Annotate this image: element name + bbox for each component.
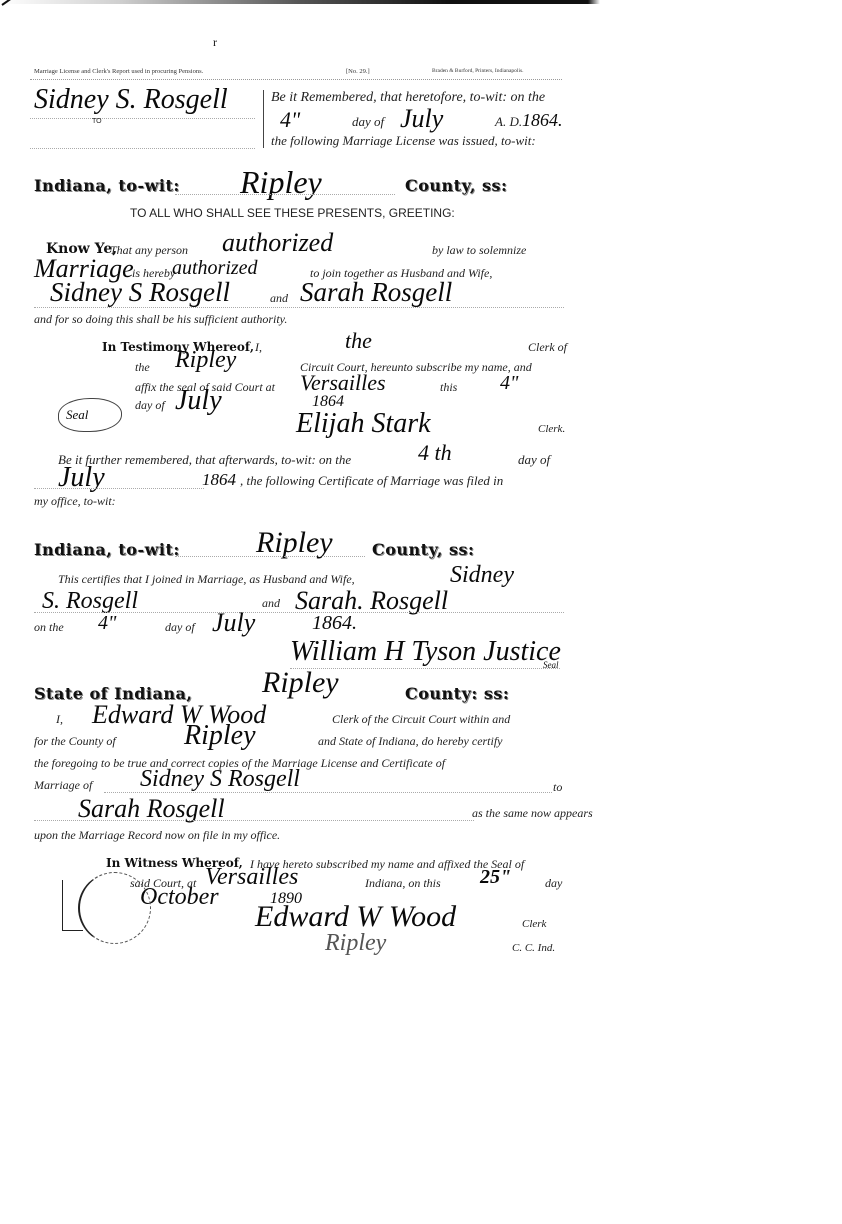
certificate-county-line bbox=[175, 556, 365, 557]
form-number: [No. 29.] bbox=[346, 68, 370, 75]
greeting-text: TO ALL WHO SHALL SEE THESE PRESENTS, GRE… bbox=[130, 206, 455, 220]
clerk-i-label: I, bbox=[56, 712, 63, 727]
clerk-groom: Sidney S Rosgell bbox=[140, 766, 300, 793]
certificate-text-1: This certifies that I joined in Marriage… bbox=[58, 572, 355, 587]
testimony-day: 4" bbox=[500, 372, 518, 395]
certificate-county-label: County, ss: bbox=[372, 540, 474, 559]
caption-groom: Sidney S. Rosgell bbox=[34, 84, 228, 116]
license-and-label: and bbox=[270, 291, 288, 306]
license-county-label: County, ss: bbox=[405, 176, 507, 195]
certificate-groom-rest: S. Rosgell bbox=[42, 588, 138, 615]
witness-cc-label: C. C. Ind. bbox=[512, 942, 555, 954]
witness-clerk-label: Clerk bbox=[522, 918, 546, 930]
court-seal-icon bbox=[78, 872, 151, 944]
testimony-clerk-name: the bbox=[345, 328, 372, 354]
license-groom: Sidney S Rosgell bbox=[50, 277, 230, 308]
license-text-5: and for so doing this shall be his suffi… bbox=[34, 312, 287, 327]
caption-day: 4" bbox=[280, 107, 300, 133]
caption-line-2 bbox=[30, 148, 255, 149]
license-state-heading: Indiana, to-wit: bbox=[34, 176, 180, 195]
caption-to-label: TO bbox=[92, 118, 102, 125]
clerk-groom-line bbox=[104, 792, 552, 793]
testimony-month: July bbox=[175, 385, 222, 417]
clerk-county: Ripley bbox=[262, 666, 339, 700]
top-mark: r bbox=[213, 35, 217, 50]
clerk-county-label: County: ss: bbox=[405, 684, 509, 703]
license-text-2: by law to solemnize bbox=[432, 243, 526, 258]
testimony-county: Ripley bbox=[175, 347, 236, 374]
witness-signature: Edward W Wood bbox=[255, 900, 456, 934]
caption-day-of-label: day of bbox=[352, 114, 384, 130]
filing-year: 1864 bbox=[202, 470, 236, 490]
witness-county-signature: Ripley bbox=[325, 930, 386, 957]
certificate-day: 4" bbox=[98, 612, 116, 635]
clerk-text-5: Marriage of bbox=[34, 778, 92, 793]
clerk-bride-line bbox=[34, 820, 474, 821]
witness-month: October bbox=[140, 884, 219, 911]
certificate-on-the-label: on the bbox=[34, 620, 64, 635]
filing-month: July bbox=[58, 462, 105, 494]
testimony-i-label: I, bbox=[255, 340, 262, 355]
clerk-to-label: to bbox=[553, 780, 562, 795]
filing-text-3: my office, to-wit: bbox=[34, 494, 116, 509]
certificate-year: 1864. bbox=[312, 612, 357, 635]
certificate-officiant: William H Tyson Justice bbox=[290, 636, 561, 668]
clerk-text-6: as the same now appears bbox=[472, 806, 593, 821]
certificate-seal-text: Seal bbox=[543, 660, 559, 670]
license-county: Ripley bbox=[240, 164, 322, 201]
license-person: authorized bbox=[222, 228, 333, 258]
clerk-text-7: upon the Marriage Record now on file in … bbox=[34, 828, 280, 843]
caption-year: 1864. bbox=[522, 110, 563, 131]
certificate-groom-first: Sidney bbox=[450, 562, 514, 589]
certificate-day-of-label: day of bbox=[165, 620, 195, 635]
license-county-line bbox=[175, 194, 395, 195]
filing-day-of-label: day of bbox=[518, 452, 550, 468]
header-rule bbox=[30, 79, 562, 80]
witness-day: 25" bbox=[480, 866, 511, 889]
filing-month-line bbox=[34, 488, 204, 489]
caption-ad-label: A. D. bbox=[495, 114, 522, 130]
testimony-clerk-of-label: Clerk of bbox=[528, 340, 567, 355]
certificate-and-label: and bbox=[262, 596, 280, 611]
license-bride: Sarah Rosgell bbox=[300, 277, 452, 308]
filing-day: 4 th bbox=[418, 440, 452, 466]
clerk-county-2: Ripley bbox=[184, 720, 256, 752]
witness-text-3: Indiana, on this bbox=[365, 876, 441, 891]
certificate-month: July bbox=[212, 608, 255, 638]
witness-day-label: day bbox=[545, 876, 562, 891]
testimony-the-label: the bbox=[135, 360, 150, 375]
caption-brace bbox=[263, 90, 264, 148]
license-names-line bbox=[34, 307, 564, 308]
caption-month: July bbox=[400, 104, 443, 134]
license-issued-text: the following Marriage License was issue… bbox=[271, 133, 536, 149]
certificate-state-heading: Indiana, to-wit: bbox=[34, 540, 180, 559]
scan-edge-band bbox=[0, 0, 600, 4]
testimony-seal-text: Seal bbox=[66, 407, 88, 423]
caption-line-1 bbox=[30, 118, 255, 119]
certificate-county: Ripley bbox=[256, 526, 333, 560]
filing-text-2: , the following Certificate of Marriage … bbox=[240, 473, 503, 489]
testimony-day-of-label: day of bbox=[135, 398, 165, 413]
testimony-clerk-label: Clerk. bbox=[538, 423, 565, 435]
testimony-this-label: this bbox=[440, 380, 457, 395]
clerk-text-3: and State of Indiana, do hereby certify bbox=[318, 734, 503, 749]
seal-scribble-icon bbox=[62, 880, 83, 931]
printer-credit: Braden & Burford, Printers, Indianapolis… bbox=[432, 68, 524, 74]
clerk-text-2: for the County of bbox=[34, 734, 116, 749]
testimony-signature: Elijah Stark bbox=[296, 408, 431, 440]
clerk-text-1: Clerk of the Circuit Court within and bbox=[332, 712, 510, 727]
form-title: Marriage License and Clerk's Report used… bbox=[34, 68, 203, 75]
